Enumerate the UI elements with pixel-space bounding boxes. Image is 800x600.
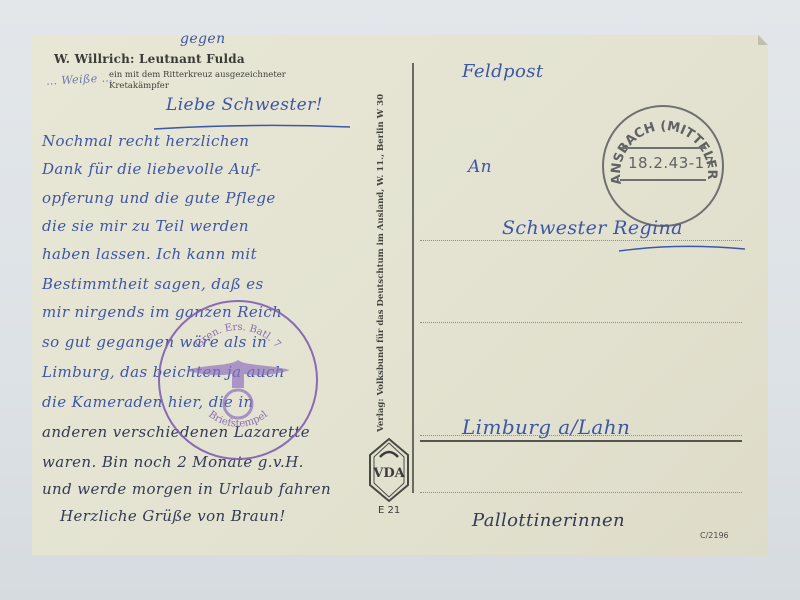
postcard: W. Willrich: Leutnant Fulda ein mit dem … — [32, 35, 768, 555]
center-divider — [412, 63, 414, 493]
vda-logo-icon: VDA — [368, 437, 410, 503]
recipient-underline — [617, 243, 747, 257]
postmark-bar-bottom — [620, 179, 706, 181]
closing: Herzliche Grüße von Braun! — [60, 507, 286, 525]
eagle-emblem-icon — [180, 352, 296, 422]
bent-corner — [758, 35, 768, 45]
message-line: opferung und die gute Pflege — [42, 189, 276, 207]
message-line: Nochmal recht herzlichen — [42, 132, 249, 150]
unit-stamp: Gren. Ers. Batl. 7 Briefstempel — [158, 300, 318, 460]
publisher-imprint: Verlag: Volksbund für das Deutschtum im … — [376, 112, 386, 432]
feldpost-header: Feldpost — [462, 61, 543, 82]
message-line: Dank für die liebevolle Auf- — [42, 160, 261, 178]
printed-title: W. Willrich: Leutnant Fulda — [54, 52, 245, 66]
address-line-4 — [420, 492, 742, 493]
svg-text:VDA: VDA — [372, 466, 405, 481]
institution: Pallottinerinnen — [472, 510, 625, 531]
postmark-bar-top — [620, 147, 706, 149]
message-line: die sie mir zu Teil werden — [42, 217, 249, 235]
address-line-2 — [420, 322, 742, 323]
svg-text:Gren. Ers. Batl. 7: Gren. Ers. Batl. 7 — [193, 322, 282, 350]
address-line-3 — [420, 435, 742, 436]
greeting: Liebe Schwester! — [166, 95, 323, 115]
address-line-3-underline — [420, 440, 742, 442]
recipient-name: Schwester Regina — [502, 217, 683, 239]
margin-scribble: … Weiße … — [46, 71, 113, 87]
postmark-date: 18.2.43-17 — [628, 154, 715, 172]
message-line: Bestimmtheit sagen, daß es — [42, 275, 264, 293]
card-code: C/2196 — [700, 531, 729, 540]
top-note: gegen — [180, 31, 226, 47]
postmark: ANSBACH (MITTELFR) 2 18.2.43-17 — [602, 105, 724, 227]
message-line: und werde morgen in Urlaub fahren — [42, 480, 331, 498]
printed-subtitle-1: ein mit dem Ritterkreuz ausgezeichneter — [109, 70, 286, 80]
message-line: haben lassen. Ich kann mit — [42, 245, 257, 263]
logo-code: E 21 — [378, 505, 400, 516]
salutation: An — [468, 157, 492, 177]
address-line-1 — [420, 240, 742, 241]
printed-subtitle-2: Kretakämpfer — [109, 81, 169, 91]
